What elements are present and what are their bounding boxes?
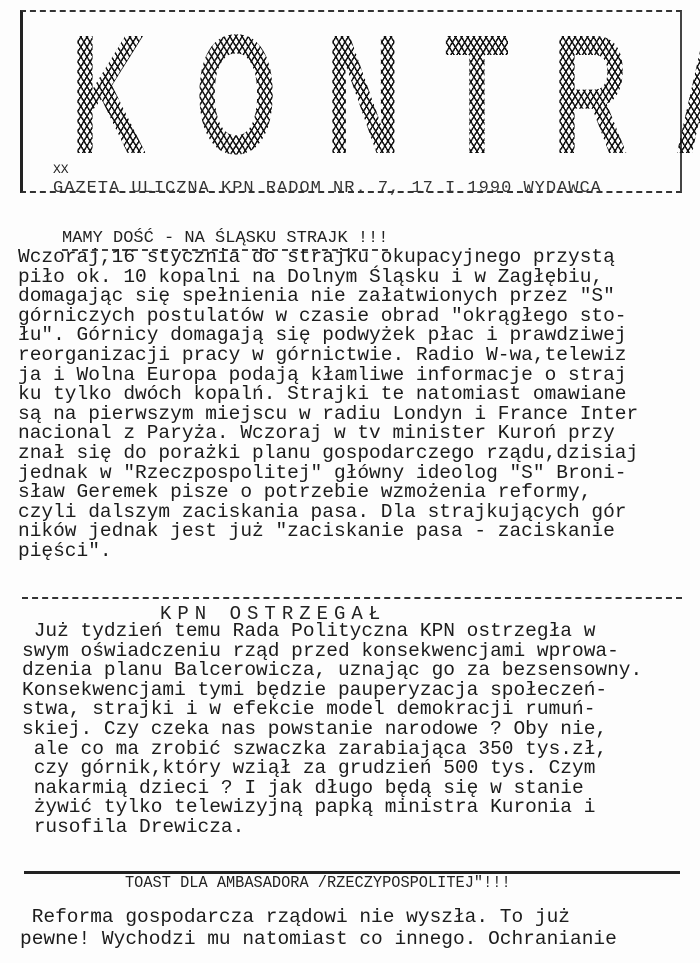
text-line: pewne! Wychodzi mu natomiast co innego. … (20, 928, 700, 950)
article-headline: TOAST DLA AMBASADORA /RZECZYPOSPOLITEJ"!… (125, 874, 511, 893)
text-line: Reforma gospodarcza rządowi nie wyszła. … (20, 906, 700, 928)
typed-xx-mark: XX (53, 162, 69, 177)
text-line: żywić tylko telewizyjną papką ministra K… (22, 798, 700, 818)
logo-letter: R (552, 20, 628, 170)
masthead: K O N T R A XX GAZETA ULICZNA KPN RADOM … (20, 10, 682, 193)
logo-letter: K (70, 20, 146, 170)
text-line: ników jednak jest już "zaciskanie pasa -… (18, 522, 698, 542)
text-line: sław Geremek pisze o potrzebie wzmożenia… (18, 483, 698, 503)
text-line: Wczoraj,16 stycznia do strajku okupacyjn… (18, 248, 698, 268)
section-divider (22, 597, 682, 599)
text-line: znał się do porażki planu gospodarczego … (18, 444, 698, 464)
text-line: Już tydzień temu Rada Polityczna KPN ost… (22, 622, 700, 642)
text-line: pięści". (18, 542, 698, 562)
text-line: ku tylko dwóch kopalń. Strajki te natomi… (18, 385, 698, 405)
masthead-logo: K O N T R A (47, 20, 677, 170)
logo-letter: T (445, 20, 509, 170)
text-line: reorganizacji pracy w górnictwie. Radio … (18, 346, 698, 366)
article-body: Już tydzień temu Rada Polityczna KPN ost… (22, 622, 700, 838)
article-body: Wczoraj,16 stycznia do strajku okupacyjn… (18, 248, 698, 562)
text-line: dzenia planu Balcerowicza, uznając go za… (22, 661, 700, 681)
text-line: nacional z Paryża. Wczoraj w tv minister… (18, 424, 698, 444)
newspaper-page: K O N T R A XX GAZETA ULICZNA KPN RADOM … (0, 0, 700, 963)
text-line: czy górnik,który wziął za grudzień 500 t… (22, 759, 700, 779)
logo-letter: O (195, 20, 277, 170)
logo-letter: A (675, 20, 700, 170)
text-line: rusofila Drewicza. (22, 818, 700, 838)
masthead-subtitle: GAZETA ULICZNA KPN RADOM NR. 7, 17 I 199… (53, 179, 602, 198)
article-body: Reforma gospodarcza rządowi nie wyszła. … (20, 906, 700, 950)
logo-letter: N (325, 20, 401, 170)
text-line: domagając się spełnienia nie załatwionyc… (18, 287, 698, 307)
text-line: skiej. Czy czeka nas powstanie narodowe … (22, 720, 700, 740)
